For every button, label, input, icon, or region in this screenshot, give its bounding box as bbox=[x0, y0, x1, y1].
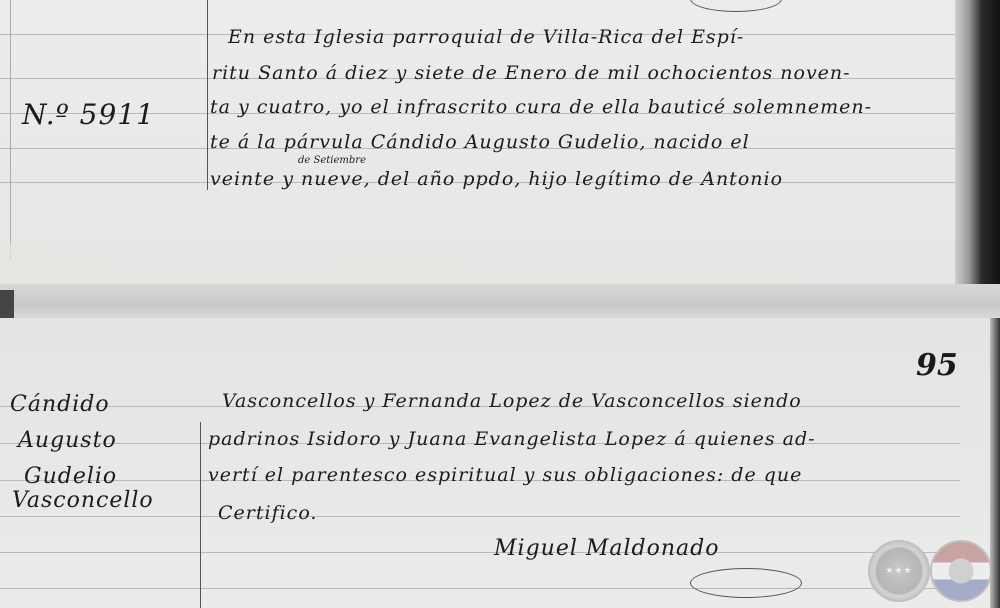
record-line-9: Certifico. bbox=[218, 502, 317, 524]
record-line-3: ta y cuatro, yo el infrascrito cura de e… bbox=[210, 96, 872, 118]
entry-number: N.º 5911 bbox=[22, 98, 155, 131]
margin-line bbox=[200, 422, 201, 608]
record-line-2: ritu Santo á diez y siete de Enero de mi… bbox=[212, 62, 851, 84]
ruled-line bbox=[0, 552, 960, 553]
ruled-line bbox=[0, 588, 960, 589]
seal-stars-icon: ★★★ bbox=[868, 540, 930, 602]
record-line-7: padrinos Isidoro y Juana Evangelista Lop… bbox=[208, 428, 816, 450]
flourish-mark bbox=[690, 0, 782, 12]
lower-page: 95 Cándido Augusto Gudelio Vasconcello V… bbox=[0, 318, 1000, 608]
interlinear-note: de Setiembre bbox=[298, 155, 366, 166]
signature-flourish bbox=[690, 568, 802, 598]
margin-line bbox=[207, 0, 208, 190]
margin-line-left bbox=[10, 0, 11, 260]
record-line-4: te á la párvula Cándido Augusto Gudelio,… bbox=[210, 131, 750, 153]
margin-name-3: Gudelio bbox=[24, 464, 117, 489]
ruled-line bbox=[0, 516, 960, 517]
page-edge-shadow bbox=[955, 0, 1000, 300]
margin-name-2: Augusto bbox=[18, 428, 117, 453]
upper-page: N.º 5911 En esta Iglesia parroquial de V… bbox=[0, 0, 1000, 300]
page-edge-shadow-bottom bbox=[990, 318, 1000, 608]
seal-flag-icon bbox=[930, 540, 992, 602]
record-line-1: En esta Iglesia parroquial de Villa-Rica… bbox=[228, 26, 744, 48]
margin-name-1: Cándido bbox=[10, 392, 110, 417]
priest-signature: Miguel Maldonado bbox=[494, 536, 719, 561]
page-number: 95 bbox=[916, 348, 958, 383]
record-line-8: vertí el parentesco espiritual y sus obl… bbox=[208, 464, 802, 486]
record-line-5: veinte y nueve, del año ppdo, hijo legít… bbox=[210, 168, 783, 190]
record-line-6: Vasconcellos y Fernanda Lopez de Vasconc… bbox=[222, 390, 802, 412]
margin-name-4: Vasconcello bbox=[12, 488, 154, 513]
